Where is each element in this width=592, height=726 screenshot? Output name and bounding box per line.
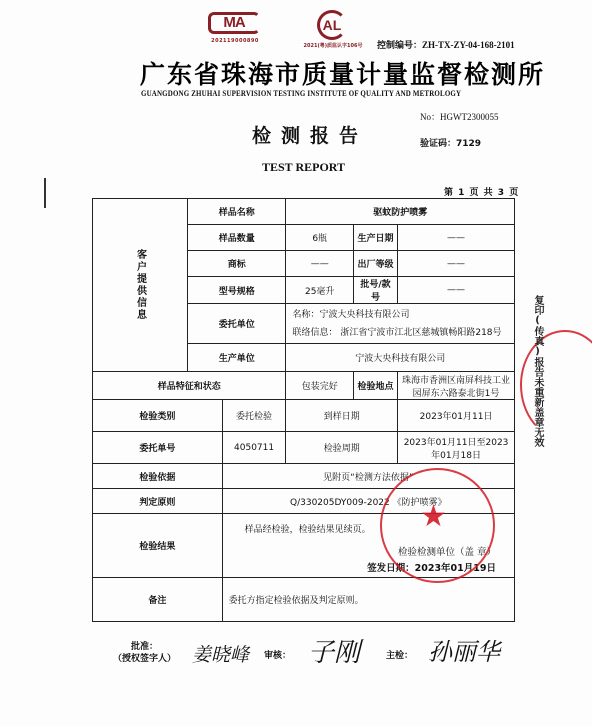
arrival-date-label: 到样日期 (286, 400, 398, 432)
trademark-label: 商标 (188, 251, 286, 277)
remarks-label: 备注 (93, 578, 223, 622)
model-spec-value: 25毫升 (286, 277, 353, 304)
table-row: 委托单号 4050711 检验周期 2023年01月11日至2023年01月18… (93, 432, 515, 464)
criteria-label: 判定原则 (93, 489, 223, 514)
sample-quantity-label: 样品数量 (188, 225, 286, 251)
sample-state-label: 样品特征和状态 (93, 372, 286, 400)
copy-validity-notice: 复印(传真)报告未重新盖章无效 (530, 295, 545, 447)
client-contact: 联络信息： 浙江省宁波市江北区慈城镇畅阳路218号 (292, 324, 512, 342)
model-spec-label: 型号规格 (188, 277, 286, 304)
arrival-date-value: 2023年01月11日 (398, 400, 515, 432)
review-label: 审核： (264, 648, 291, 661)
inspection-basis-label: 检验依据 (93, 464, 223, 489)
order-number-value: 4050711 (222, 432, 286, 464)
client-name: 名称：宁波大央科技有限公司 (292, 306, 512, 324)
approve-label: 批准： （授权签字人） (113, 641, 176, 665)
production-date-value: —— (398, 225, 515, 251)
client-info: 名称：宁波大央科技有限公司 联络信息： 浙江省宁波市江北区慈城镇畅阳路218号 (286, 304, 515, 344)
report-number: No：HGWT2300055 (420, 110, 499, 123)
batch-number-label: 批号/款号 (353, 277, 397, 304)
inspection-location-label: 检验地点 (353, 372, 397, 400)
report-title: 检测报告 (252, 121, 368, 148)
table-row: 备注 委托方指定检验依据及判定原则。 (93, 578, 515, 622)
result-label: 检验结果 (93, 514, 223, 578)
cma-logo: MA (208, 12, 260, 34)
cma-number: 202119000890 (204, 38, 266, 44)
page-indicator: 第 1 页 共 3 页 (444, 185, 519, 198)
approve-label-text: 批准： (113, 641, 176, 653)
sample-name-value: 驱蚊防护喷雾 (286, 199, 515, 225)
cal-number: 2021(粤)质监认字106号 (298, 42, 368, 49)
sample-quantity-value: 6瓶 (286, 225, 353, 251)
inspection-type-value: 委托检验 (222, 400, 286, 432)
inspect-label: 主检： (386, 648, 413, 661)
cal-logo: AL (317, 10, 347, 40)
inspection-period-value: 2023年01月11日至2023年01月18日 (398, 432, 515, 464)
table-row: 检验类别 委托检验 到样日期 2023年01月11日 (93, 400, 515, 432)
client-section-label-cell: 客户提供信息 (93, 199, 188, 372)
sample-name-label: 样品名称 (188, 199, 286, 225)
verification-code: 验证码：7129 (420, 136, 481, 149)
remarks-value: 委托方指定检验依据及判定原则。 (222, 578, 514, 622)
order-number-label: 委托单号 (93, 432, 223, 464)
binding-mark (44, 178, 46, 208)
manufacturer-label: 生产单位 (188, 344, 286, 372)
factory-grade-value: —— (398, 251, 515, 277)
factory-grade-label: 出厂等级 (353, 251, 397, 277)
client-section-label: 客户提供信息 (133, 249, 148, 321)
approver-signature: 姜晓峰 (192, 640, 249, 667)
reviewer-signature: 子刚 (308, 632, 360, 669)
report-title-en: TEST REPORT (262, 160, 345, 175)
table-row: 样品特征和状态 包装完好 检验地点 珠海市香洲区南屏科技工业园屏东六路泰北街1号 (93, 372, 515, 400)
control-number: 控制编号：ZH-TX-ZY-04-168-2101 (377, 38, 515, 51)
manufacturer-value: 宁波大央科技有限公司 (286, 344, 515, 372)
inspection-location-value: 珠海市香洲区南屏科技工业园屏东六路泰北街1号 (398, 372, 515, 400)
client-label: 委托单位 (188, 304, 286, 344)
inspection-period-label: 检验周期 (286, 432, 398, 464)
sample-state-value: 包装完好 (286, 372, 353, 400)
production-date-label: 生产日期 (353, 225, 397, 251)
inspector-signature: 孙丽华 (428, 632, 500, 667)
institute-name-cn: 广东省珠海市质量计量监督检测所 (140, 55, 545, 91)
institute-name-en: GUANGDONG ZHUHAI SUPERVISION TESTING INS… (141, 88, 461, 98)
trademark-value: —— (286, 251, 353, 277)
table-row: 客户提供信息 样品名称 驱蚊防护喷雾 (93, 199, 515, 225)
seal-star-icon: ★ (420, 502, 447, 532)
batch-number-value: —— (398, 277, 515, 304)
inspection-type-label: 检验类别 (93, 400, 223, 432)
approve-sublabel-text: （授权签字人） (113, 653, 176, 665)
